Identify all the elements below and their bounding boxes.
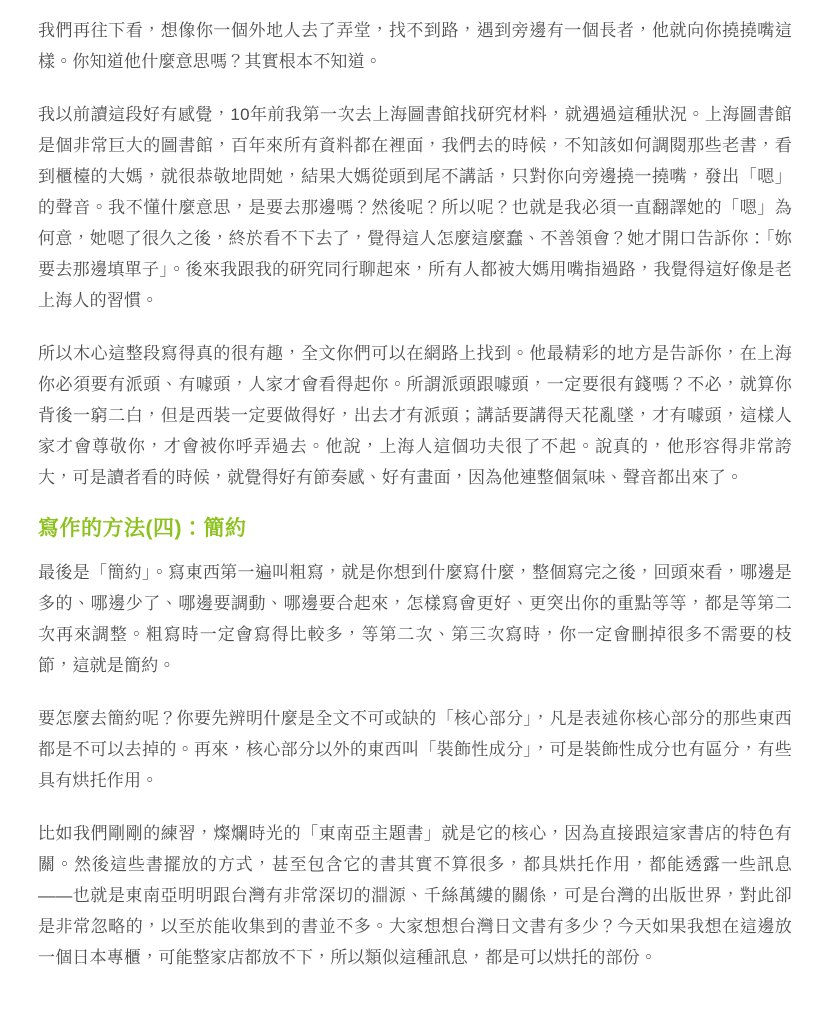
paragraph-core-vs-decoration: 要怎麼去簡約呢？你要先辨明什麼是全文不可或缺的「核心部分」，凡是表述你核心部分的… xyxy=(38,703,792,796)
section-heading: 寫作的方法(四)：簡約 xyxy=(38,515,792,543)
paragraph-rough-draft: 最後是「簡約」。寫東西第一遍叫粗寫，就是你想到什麼寫什麼，整個寫完之後，回頭來看… xyxy=(38,557,792,681)
paragraph-bookstore-example: 比如我們剛剛的練習，燦爛時光的「東南亞主題書」就是它的核心，因為直接跟這家書店的… xyxy=(38,818,792,973)
paragraph-muxin-commentary: 所以木心這整段寫得真的很有趣，全文你們可以在網路上找到。他最精彩的地方是告訴你，… xyxy=(38,338,792,493)
article-page: 我們再往下看，想像你一個外地人去了弄堂，找不到路，遇到旁邊有一個長者，他就向你撓… xyxy=(0,0,829,1031)
paragraph-alley-anecdote: 我們再往下看，想像你一個外地人去了弄堂，找不到路，遇到旁邊有一個長者，他就向你撓… xyxy=(38,15,792,77)
paragraph-shanghai-library: 我以前讀這段好有感覺，10年前我第一次去上海圖書館找研究材料，就遇過這種狀況。上… xyxy=(38,99,792,316)
